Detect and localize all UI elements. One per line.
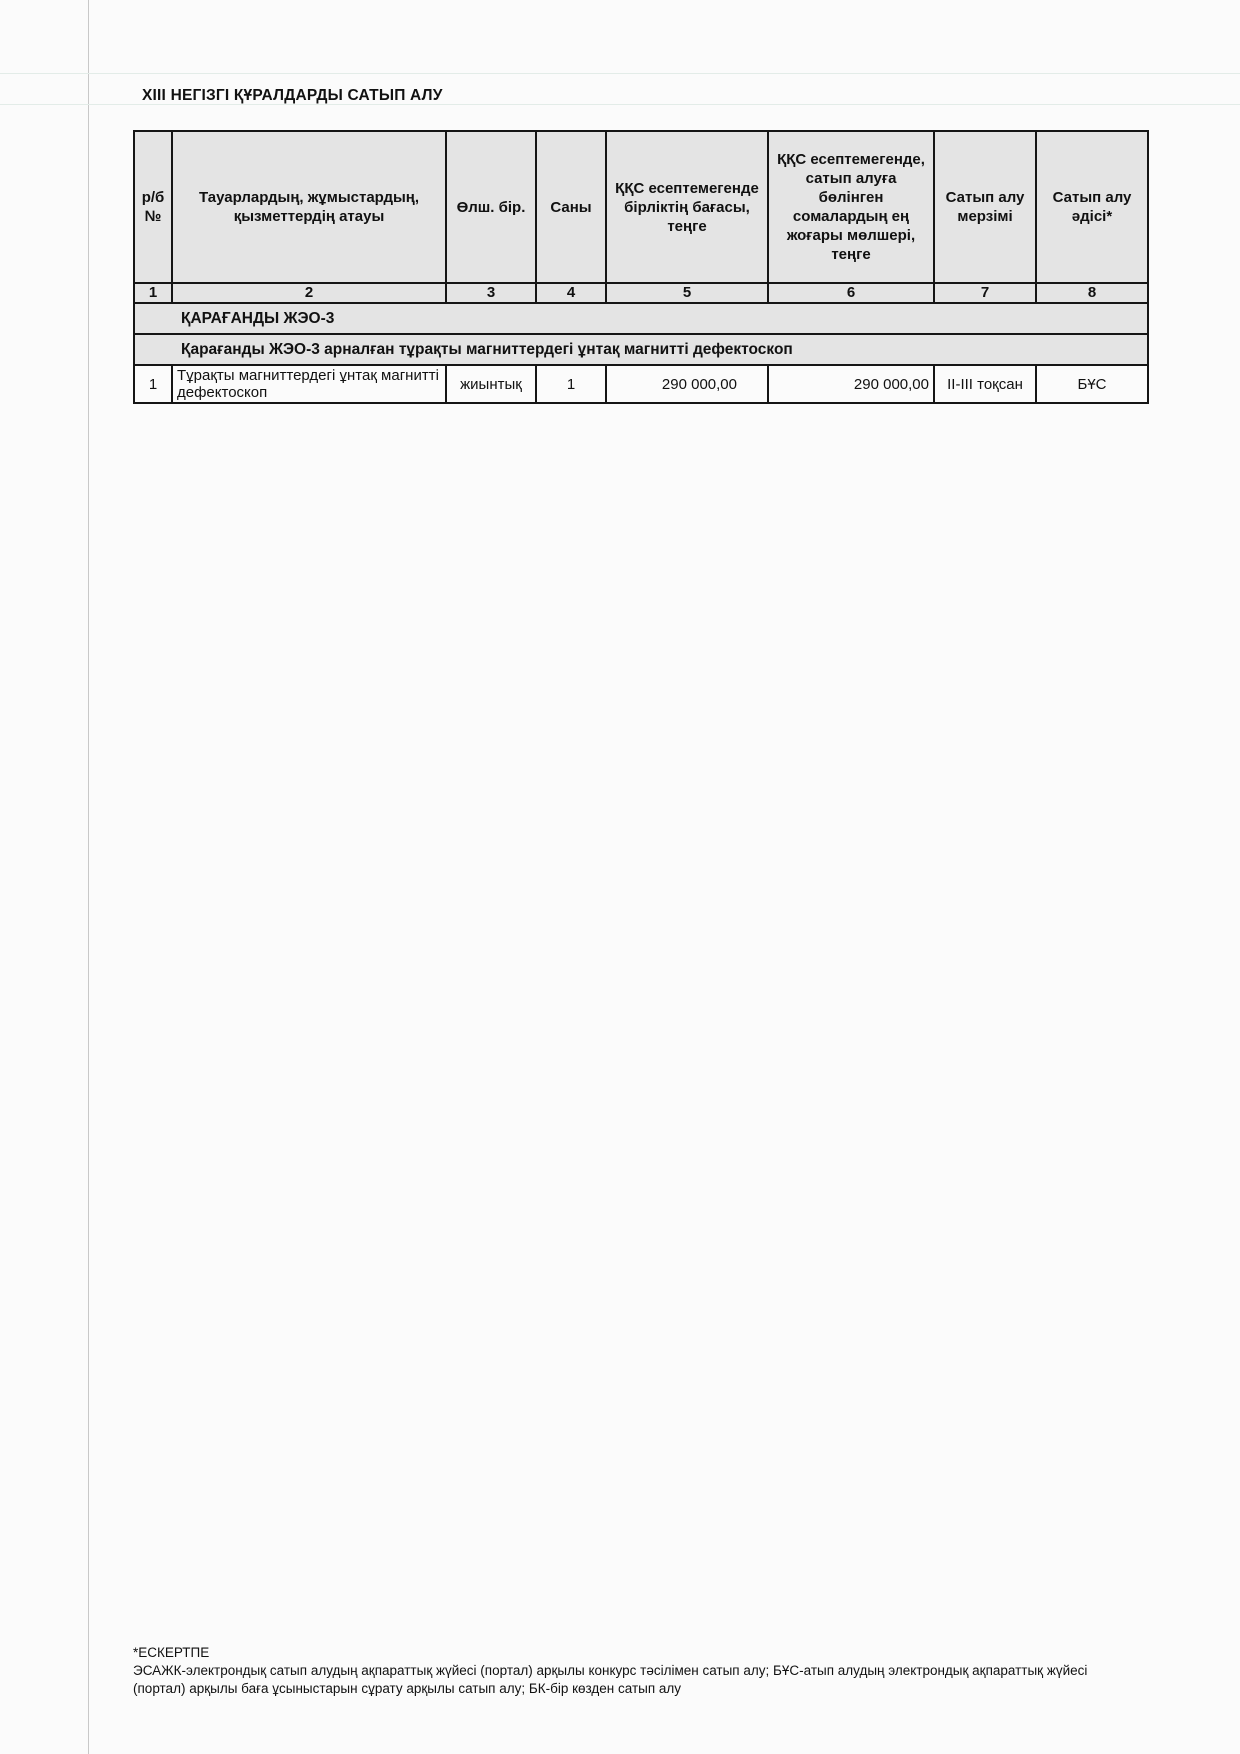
col-num: 7: [934, 283, 1036, 303]
procurement-table: р/б № Тауарлардың, жұмыстардың, қызметте…: [133, 130, 1149, 404]
header-qty: Саны: [536, 131, 606, 283]
footnote-title: *ЕСКЕРТПЕ: [133, 1644, 1143, 1662]
col-num: 4: [536, 283, 606, 303]
header-period: Сатып алу мерзімі: [934, 131, 1036, 283]
row-qty: 1: [536, 365, 606, 403]
subgroup-title: Қарағанды ЖЭО-3 арналған тұрақты магнитт…: [134, 334, 1148, 365]
col-num: 8: [1036, 283, 1148, 303]
group-title: ҚАРАҒАНДЫ ЖЭО-3: [134, 303, 1148, 334]
row-max-amount: 290 000,00: [768, 365, 934, 403]
header-name: Тауарлардың, жұмыстардың, қызметтердің а…: [172, 131, 446, 283]
col-num: 3: [446, 283, 536, 303]
table-header-row: р/б № Тауарлардың, жұмыстардың, қызметте…: [134, 131, 1148, 283]
header-max-amount: ҚҚС есептемегенде, сатып алуға бөлінген …: [768, 131, 934, 283]
header-no: р/б №: [134, 131, 172, 283]
footnote: *ЕСКЕРТПЕ ЭСАЖК-электрондық сатып алудың…: [133, 1644, 1143, 1698]
row-unit: жиынтық: [446, 365, 536, 403]
col-num: 6: [768, 283, 934, 303]
row-period: II-III тоқсан: [934, 365, 1036, 403]
col-num: 1: [134, 283, 172, 303]
section-title: XIII НЕГІЗГІ ҚҰРАЛДАРДЫ САТЫП АЛУ: [142, 87, 443, 105]
group-row: ҚАРАҒАНДЫ ЖЭО-3: [134, 303, 1148, 334]
row-no: 1: [134, 365, 172, 403]
header-method: Сатып алу әдісі*: [1036, 131, 1148, 283]
row-name: Тұрақты магниттердегі ұнтақ магнитті деф…: [172, 365, 446, 403]
header-unit: Өлш. бір.: [446, 131, 536, 283]
col-num: 2: [172, 283, 446, 303]
scan-line: [0, 73, 1240, 74]
table-row: 1 Тұрақты магниттердегі ұнтақ магнитті д…: [134, 365, 1148, 403]
header-unit-price: ҚҚС есептемегенде бірліктің бағасы, теңг…: [606, 131, 768, 283]
footnote-text: ЭСАЖК-электрондық сатып алудың ақпаратты…: [133, 1662, 1143, 1698]
subgroup-row: Қарағанды ЖЭО-3 арналған тұрақты магнитт…: [134, 334, 1148, 365]
row-unit-price: 290 000,00: [606, 365, 768, 403]
row-method: БҰС: [1036, 365, 1148, 403]
page-edge: [88, 0, 89, 1754]
column-number-row: 1 2 3 4 5 6 7 8: [134, 283, 1148, 303]
col-num: 5: [606, 283, 768, 303]
